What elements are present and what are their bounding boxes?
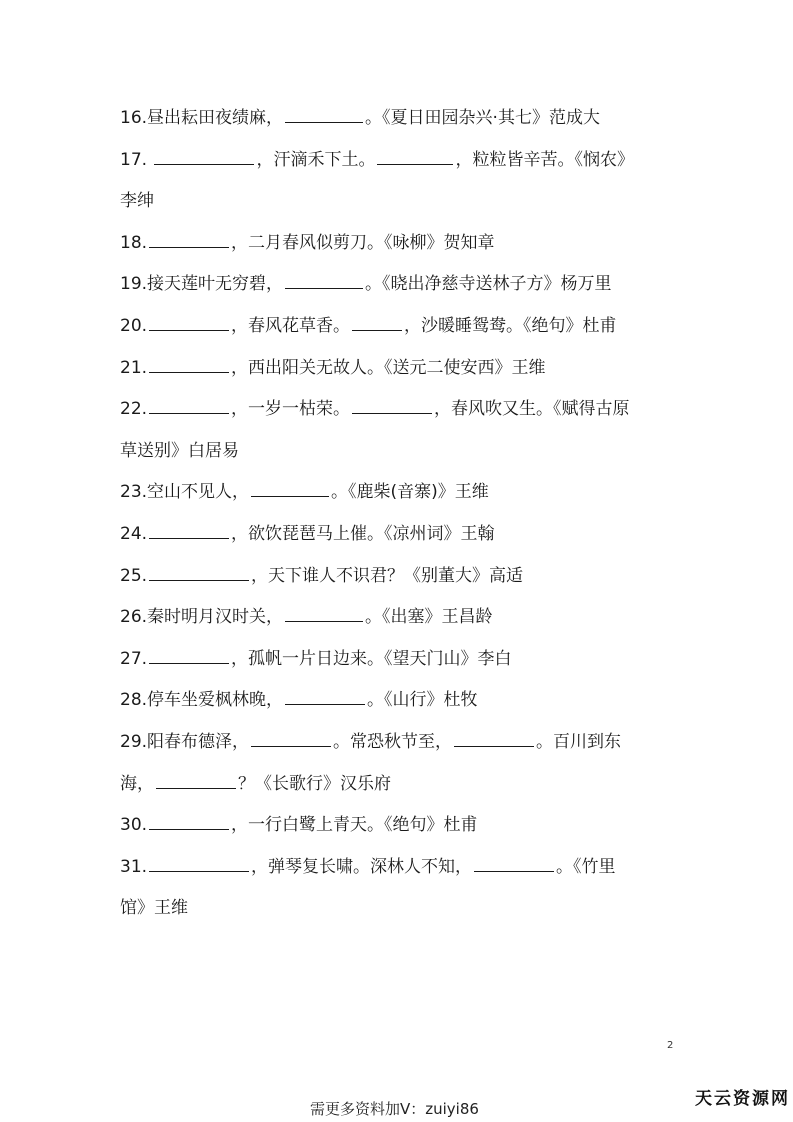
question-text: ，西出阳关无故人。《送元二使安西》王维 — [231, 358, 546, 378]
question-text: ，弹琴复长啸。深林人不知， — [251, 857, 472, 877]
question-text: ，春风花草香。 — [231, 316, 350, 336]
question-number: 23. — [120, 482, 147, 502]
fill-in-blank[interactable] — [149, 312, 229, 331]
fill-in-blank[interactable] — [149, 562, 249, 581]
question-text: 停车坐爱枫林晚， — [147, 690, 283, 710]
fill-in-blank[interactable] — [352, 395, 432, 414]
question-text: ，天下谁人不识君？《别董大》高适 — [251, 566, 523, 586]
question-text: 。《出塞》王昌龄 — [365, 607, 493, 627]
fill-in-blank[interactable] — [156, 770, 236, 789]
question-text: 。百川到东 — [536, 732, 621, 752]
question-line: 29.阳春布德泽，。常恐秋节至，。百川到东 — [120, 728, 680, 770]
question-text: 。《竹里 — [556, 857, 616, 877]
fill-in-blank[interactable] — [285, 104, 363, 123]
question-line: 26.秦时明月汉时关，。《出塞》王昌龄 — [120, 603, 680, 645]
question-number: 31. — [120, 857, 147, 877]
question-text: 李绅 — [120, 191, 154, 211]
question-text: 。《鹿柴(音寨)》王维 — [331, 482, 489, 502]
question-line: 21.，西出阳关无故人。《送元二使安西》王维 — [120, 354, 680, 396]
question-text: 。《晓出净慈寺送林子方》杨万里 — [365, 274, 612, 294]
fill-in-blank[interactable] — [285, 686, 365, 705]
question-number: 28. — [120, 690, 147, 710]
question-text: ，孤帆一片日边来。《望天门山》李白 — [231, 649, 512, 669]
question-number: 25. — [120, 566, 147, 586]
fill-in-blank[interactable] — [251, 478, 329, 497]
fill-in-blank[interactable] — [454, 728, 534, 747]
question-line: 李绅 — [120, 187, 680, 229]
question-text: 接天莲叶无穷碧， — [147, 274, 283, 294]
question-line: 20.，春风花草香。，沙暖睡鸳鸯。《绝句》杜甫 — [120, 312, 680, 354]
question-text: ，一岁一枯荣。 — [231, 399, 350, 419]
fill-in-blank[interactable] — [285, 270, 363, 289]
fill-in-blank[interactable] — [154, 146, 254, 165]
question-text: ，二月春风似剪刀。《咏柳》贺知章 — [231, 233, 495, 253]
fill-in-blank[interactable] — [377, 146, 453, 165]
fill-in-blank[interactable] — [474, 853, 554, 872]
question-text: 空山不见人， — [147, 482, 249, 502]
question-number: 17. — [120, 150, 147, 170]
question-text: 昼出耘田夜绩麻， — [147, 108, 283, 128]
question-number: 22. — [120, 399, 147, 419]
question-text: 秦时明月汉时关， — [147, 607, 283, 627]
question-number: 16. — [120, 108, 147, 128]
question-number: 29. — [120, 732, 147, 752]
question-number: 27. — [120, 649, 147, 669]
question-line: 馆》王维 — [120, 894, 680, 936]
question-line: 22.，一岁一枯荣。，春风吹又生。《赋得古原 — [120, 395, 680, 437]
fill-in-blank[interactable] — [251, 728, 331, 747]
fill-in-blank[interactable] — [149, 811, 229, 830]
question-text: 。常恐秋节至， — [333, 732, 452, 752]
question-line: 23.空山不见人，。《鹿柴(音寨)》王维 — [120, 478, 680, 520]
poem-fill-in-list: 16.昼出耘田夜绩麻，。《夏日田园杂兴·其七》范成大17. ，汗滴禾下土。，粒粒… — [120, 104, 680, 936]
question-text: ，汗滴禾下土。 — [256, 150, 375, 170]
question-line: 24.，欲饮琵琶马上催。《凉州词》王翰 — [120, 520, 680, 562]
question-number: 21. — [120, 358, 147, 378]
question-line: 31.，弹琴复长啸。深林人不知，。《竹里 — [120, 853, 680, 895]
fill-in-blank[interactable] — [149, 395, 229, 414]
fill-in-blank[interactable] — [149, 645, 229, 664]
fill-in-blank[interactable] — [149, 354, 229, 373]
fill-in-blank[interactable] — [149, 853, 249, 872]
question-line: 27.，孤帆一片日边来。《望天门山》李白 — [120, 645, 680, 687]
question-text: ，春风吹又生。《赋得古原 — [434, 399, 630, 419]
fill-in-blank[interactable] — [149, 229, 229, 248]
question-text: ，沙暖睡鸳鸯。《绝句》杜甫 — [404, 316, 617, 336]
question-number: 24. — [120, 524, 147, 544]
question-text: 。《山行》杜牧 — [367, 690, 478, 710]
question-line: 28.停车坐爱枫林晚，。《山行》杜牧 — [120, 686, 680, 728]
question-text: ，粒粒皆辛苦。《悯农》 — [455, 150, 634, 170]
question-line: 25.，天下谁人不识君？《别董大》高适 — [120, 562, 680, 604]
question-text: ？《长歌行》汉乐府 — [238, 774, 391, 794]
question-line: 30.，一行白鹭上青天。《绝句》杜甫 — [120, 811, 680, 853]
question-number: 19. — [120, 274, 147, 294]
question-number: 18. — [120, 233, 147, 253]
question-number: 30. — [120, 815, 147, 835]
question-number: 20. — [120, 316, 147, 336]
question-text: 馆》王维 — [120, 898, 188, 918]
question-line: 19.接天莲叶无穷碧，。《晓出净慈寺送林子方》杨万里 — [120, 270, 680, 312]
question-line: 16.昼出耘田夜绩麻，。《夏日田园杂兴·其七》范成大 — [120, 104, 680, 146]
question-line: 草送别》白居易 — [120, 437, 680, 479]
question-text: 草送别》白居易 — [120, 441, 239, 461]
fill-in-blank[interactable] — [149, 520, 229, 539]
fill-in-blank[interactable] — [285, 603, 363, 622]
question-text — [147, 150, 152, 170]
watermark-logo: 天云资源网 — [695, 1084, 790, 1109]
fill-in-blank[interactable] — [352, 312, 402, 331]
footer-contact-note: 需更多资料加V：zuiyi86 — [310, 1098, 479, 1119]
question-line: 17. ，汗滴禾下土。，粒粒皆辛苦。《悯农》 — [120, 146, 680, 188]
question-text: 阳春布德泽， — [147, 732, 249, 752]
question-number: 26. — [120, 607, 147, 627]
page-number: 2 — [667, 1040, 673, 1051]
question-text: 海， — [120, 774, 154, 794]
question-text: 。《夏日田园杂兴·其七》范成大 — [365, 108, 600, 128]
question-text: ，欲饮琵琶马上催。《凉州词》王翰 — [231, 524, 495, 544]
question-line: 18.，二月春风似剪刀。《咏柳》贺知章 — [120, 229, 680, 271]
question-line: 海，？《长歌行》汉乐府 — [120, 770, 680, 812]
question-text: ，一行白鹭上青天。《绝句》杜甫 — [231, 815, 478, 835]
